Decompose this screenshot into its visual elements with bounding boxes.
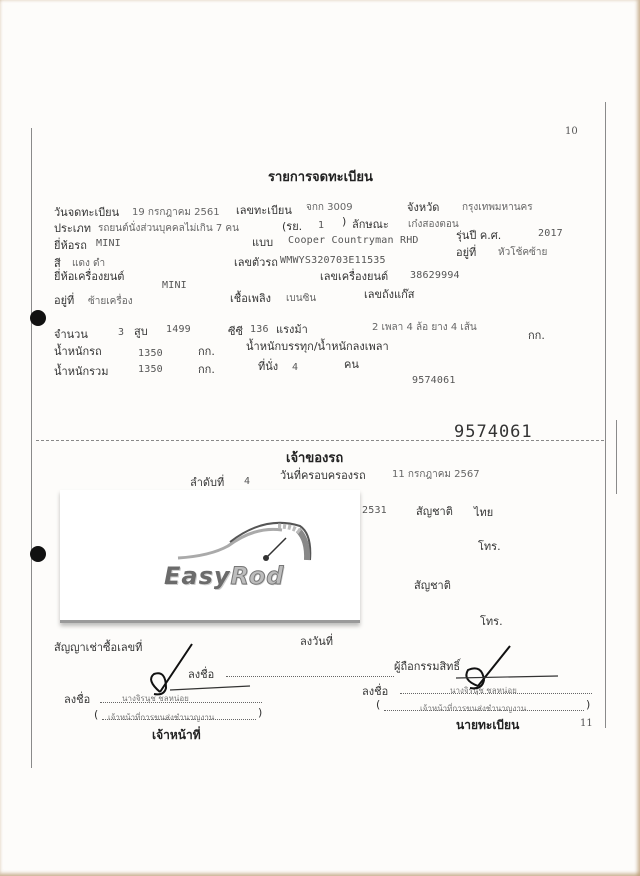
registrar-position-open: ( [376, 698, 380, 711]
vehicle-weight-label: น้ำหนักรถ [54, 342, 102, 360]
type-label: ประเภท [54, 219, 91, 237]
body-style-value: เก๋งสองตอน [408, 217, 459, 232]
birth-year: 2531 [362, 505, 387, 516]
nationality-1-label: สัญชาติ [416, 502, 453, 520]
cc-label: ซีซี [228, 322, 243, 340]
registration-title: รายการจดทะเบียน [268, 166, 373, 187]
gross-weight-label: น้ำหนักรวม [54, 362, 108, 380]
sign-date-label: ลงวันที่ [300, 632, 333, 650]
document-number-large: 9574061 [454, 422, 533, 442]
sequence-label: ลำดับที่ [190, 473, 224, 491]
gross-weight-value: 1350 [138, 364, 163, 375]
engine-location-value: ซ้ายเครื่อง [88, 294, 133, 309]
horsepower-value: 136 [250, 324, 269, 335]
phone-2-label: โทร. [480, 612, 503, 630]
seats-label: ที่นั่ง [258, 357, 278, 375]
phone-1-label: โทร. [478, 537, 501, 555]
cylinders-label: จำนวน [54, 325, 88, 343]
registrar-role: นายทะเบียน [456, 716, 519, 735]
engine-brand-label: ยี่ห้อเครื่องยนต์ [54, 267, 124, 285]
brand-label: ยี่ห้อรถ [54, 236, 87, 254]
right-border [605, 102, 606, 728]
ry-value: 1 [318, 220, 324, 231]
model-year-value: 2017 [538, 228, 563, 239]
easyrod-watermark: EasyRod [60, 490, 360, 623]
engine-brand-value: MINI [162, 280, 187, 291]
gross-weight-unit: กก. [198, 360, 215, 378]
possession-date-value: 11 กรกฎาคม 2567 [392, 467, 480, 482]
officer-position: เจ้าหน้าที่การขนส่งชำนาญงาน [108, 711, 214, 724]
gas-tank-label: เลขถังแก๊ส [364, 285, 415, 303]
province-value: กรุงเทพมหานคร [462, 200, 533, 215]
owner-title: เจ้าของรถ [286, 447, 343, 468]
engine-number-value: 38629994 [410, 270, 460, 281]
registrar-position-close: ) [586, 698, 590, 711]
cylinders-value: 3 [118, 327, 124, 338]
right-border-lower [616, 420, 617, 494]
section-divider [36, 440, 604, 441]
officer-position-open: ( [94, 708, 98, 721]
fuel-value: เบนซิน [286, 291, 316, 306]
registration-date-value: 19 กรกฎาคม 2561 [132, 205, 220, 220]
easyrod-logo-text: EasyRod [164, 562, 284, 590]
logo-rod: Rod [231, 562, 285, 590]
cylinders-unit: สูบ [134, 322, 148, 340]
ry-label: (รย. [282, 217, 302, 235]
hole-punch-upper [30, 310, 46, 326]
seats-value: 4 [292, 362, 298, 373]
left-border [31, 128, 32, 768]
scanned-page [0, 0, 640, 876]
vehicle-weight-value: 1350 [138, 348, 163, 359]
province-label: จังหวัด [407, 198, 439, 216]
model-value: Cooper Countryman RHD [288, 235, 419, 246]
type-value: รถยนต์นั่งส่วนบุคคลไม่เกิน 7 คน [98, 221, 239, 236]
load-weight-label: น้ำหนักบรรทุก/น้ำหนักลงเพลา [246, 337, 389, 355]
possession-date-label: วันที่ครอบครองรถ [280, 466, 366, 484]
chassis-number-value: WMWYS320703E11535 [280, 255, 386, 266]
brand-value: MINI [96, 238, 121, 249]
load-kg-unit: กก. [528, 326, 545, 344]
officer-signature-icon [140, 640, 260, 710]
ry-close: ) [342, 215, 346, 228]
registrar-signature-icon [448, 640, 568, 710]
plate-number-value: จกก 3009 [306, 200, 353, 215]
vehicle-weight-unit: กก. [198, 342, 215, 360]
horsepower-label: แรงม้า [276, 320, 308, 338]
seats-unit: คน [344, 355, 359, 373]
speedometer-icon [60, 490, 360, 620]
nationality-1-value: ไทย [474, 503, 493, 521]
chassis-number-label: เลขตัวรถ [234, 253, 278, 271]
chassis-location-value: หัวโช้คซ้าย [498, 245, 547, 260]
hole-punch-lower [30, 546, 46, 562]
page-number-bottom: 11 [580, 718, 593, 729]
officer-sign-prefix: ลงชื่อ [64, 690, 90, 708]
cc-value: 1499 [166, 324, 191, 335]
fuel-label: เชื้อเพลิง [230, 289, 271, 307]
sequence-value: 4 [244, 476, 250, 487]
officer-role: เจ้าหน้าที่ [152, 726, 201, 745]
logo-easy: Easy [164, 562, 231, 590]
hire-purchase-label: สัญญาเช่าซื้อเลขที่ [54, 638, 142, 656]
chassis-location-label: อยู่ที่ [456, 243, 476, 261]
model-label: แบบ [252, 233, 273, 251]
body-style-label: ลักษณะ [352, 215, 389, 233]
model-year-label: รุ่นปี ค.ศ. [456, 226, 501, 244]
document-number: 9574061 [412, 375, 456, 386]
page-number-top: 10 [565, 126, 578, 137]
nationality-2-label: สัญชาติ [414, 576, 451, 594]
engine-location-label: อยู่ที่ [54, 291, 74, 309]
engine-number-label: เลขเครื่องยนต์ [320, 267, 388, 285]
axles-wheels-value: 2 เพลา 4 ล้อ ยาง 4 เส้น [372, 320, 477, 335]
